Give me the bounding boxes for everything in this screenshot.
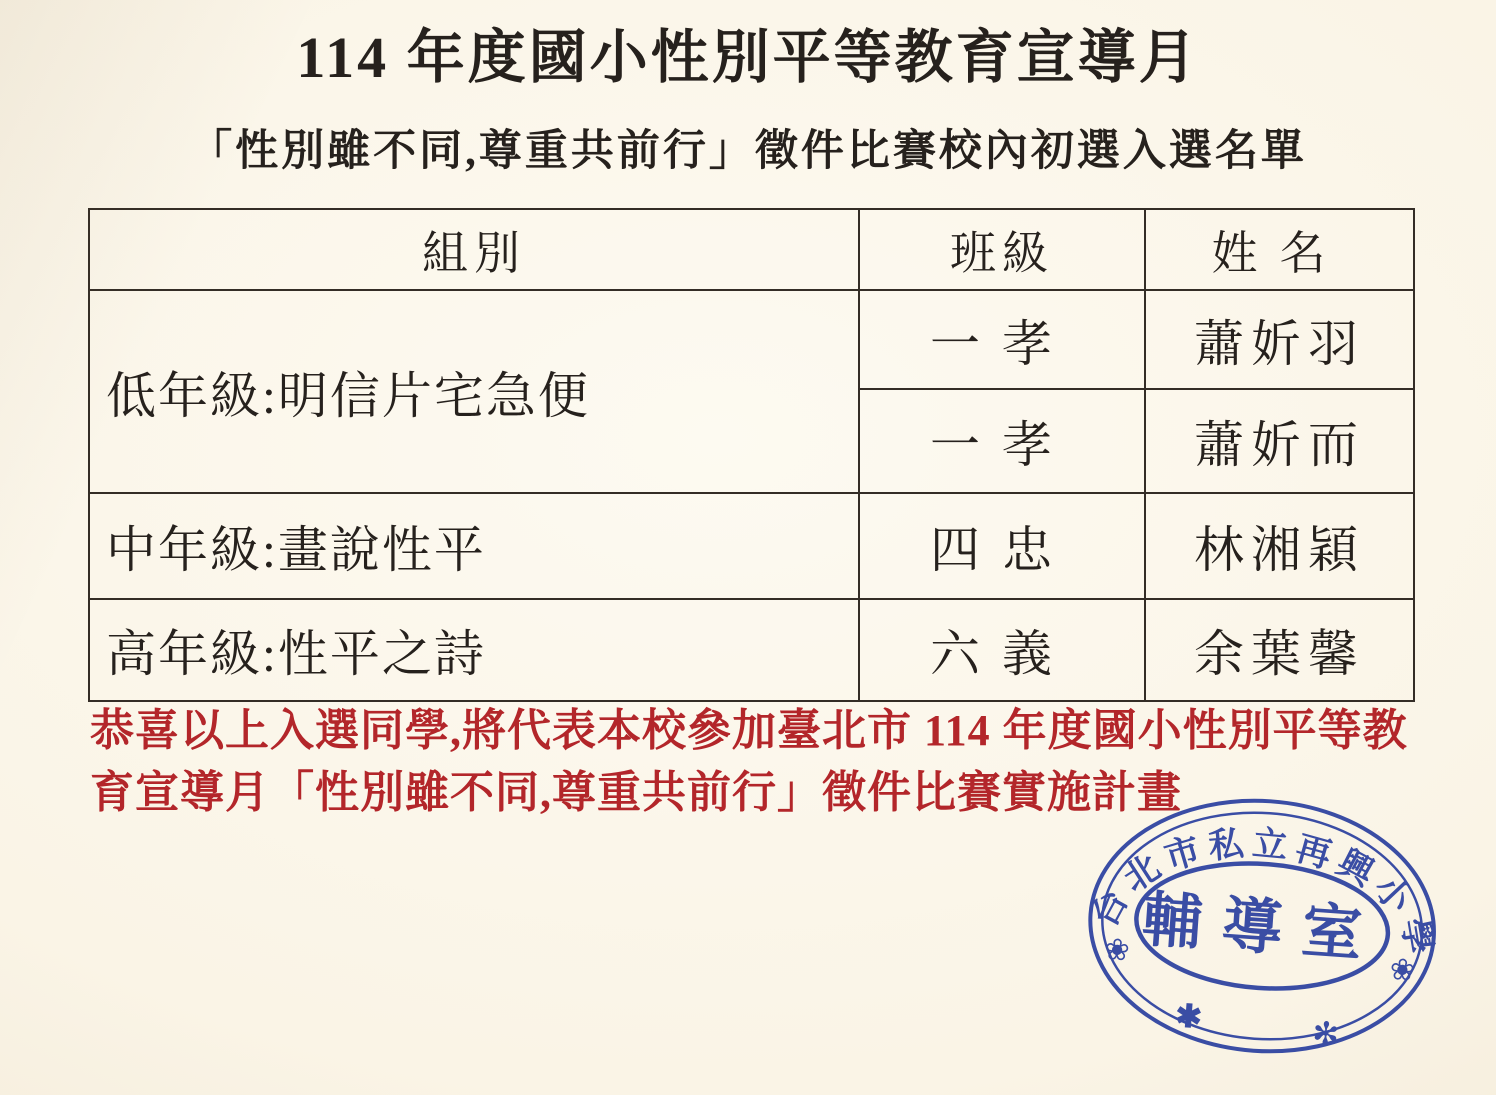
selection-table: 組別 班級 姓名 低年級:明信片宅急便 一孝 蕭妡羽 一孝 蕭妡而 中年級:畫說… (88, 208, 1415, 702)
class-cell: 一孝 (859, 290, 1145, 389)
group-cell-mid: 中年級:畫說性平 (89, 493, 859, 599)
name-cell: 蕭妡而 (1145, 389, 1414, 493)
table-row: 中年級:畫說性平 四忠 林湘穎 (89, 493, 1414, 599)
group-cell-high: 高年級:性平之詩 (89, 599, 859, 701)
note-line-1: 恭喜以上入選同學,將代表本校參加臺北市 114 年度國小性別平等教 (90, 700, 1470, 762)
asterisk-icon: ✻ (1311, 1015, 1340, 1053)
name-cell: 林湘穎 (1145, 493, 1414, 599)
table-header-row: 組別 班級 姓名 (89, 209, 1414, 290)
name-cell: 蕭妡羽 (1145, 290, 1414, 389)
name-cell: 余葉馨 (1145, 599, 1414, 701)
office-stamp: 台北市私立再興小學 輔導室 ❀ ❀ ✱ ✻ (1073, 780, 1451, 1076)
col-header-name: 姓名 (1145, 209, 1414, 290)
page-subtitle: 「性別雖不同,尊重共前行」徵件比賽校內初選入選名單 (0, 126, 1496, 178)
flower-icon: ❀ (1103, 933, 1130, 968)
class-cell: 一孝 (859, 389, 1145, 493)
col-header-class: 班級 (859, 209, 1145, 290)
table-row: 高年級:性平之詩 六義 余葉馨 (89, 599, 1414, 701)
asterisk-icon: ✱ (1174, 997, 1203, 1035)
group-cell-low: 低年級:明信片宅急便 (89, 290, 859, 493)
class-cell: 四忠 (859, 493, 1145, 599)
stamp-office-text: 輔導室 (1140, 887, 1384, 970)
page-title: 114 年度國小性別平等教育宣導月 (0, 24, 1496, 92)
table-row: 低年級:明信片宅急便 一孝 蕭妡羽 (89, 290, 1414, 389)
class-cell: 六義 (859, 599, 1145, 701)
flower-icon: ❀ (1389, 953, 1416, 988)
document-page: 114 年度國小性別平等教育宣導月 「性別雖不同,尊重共前行」徵件比賽校內初選入… (0, 0, 1496, 1095)
col-header-group: 組別 (89, 209, 859, 290)
